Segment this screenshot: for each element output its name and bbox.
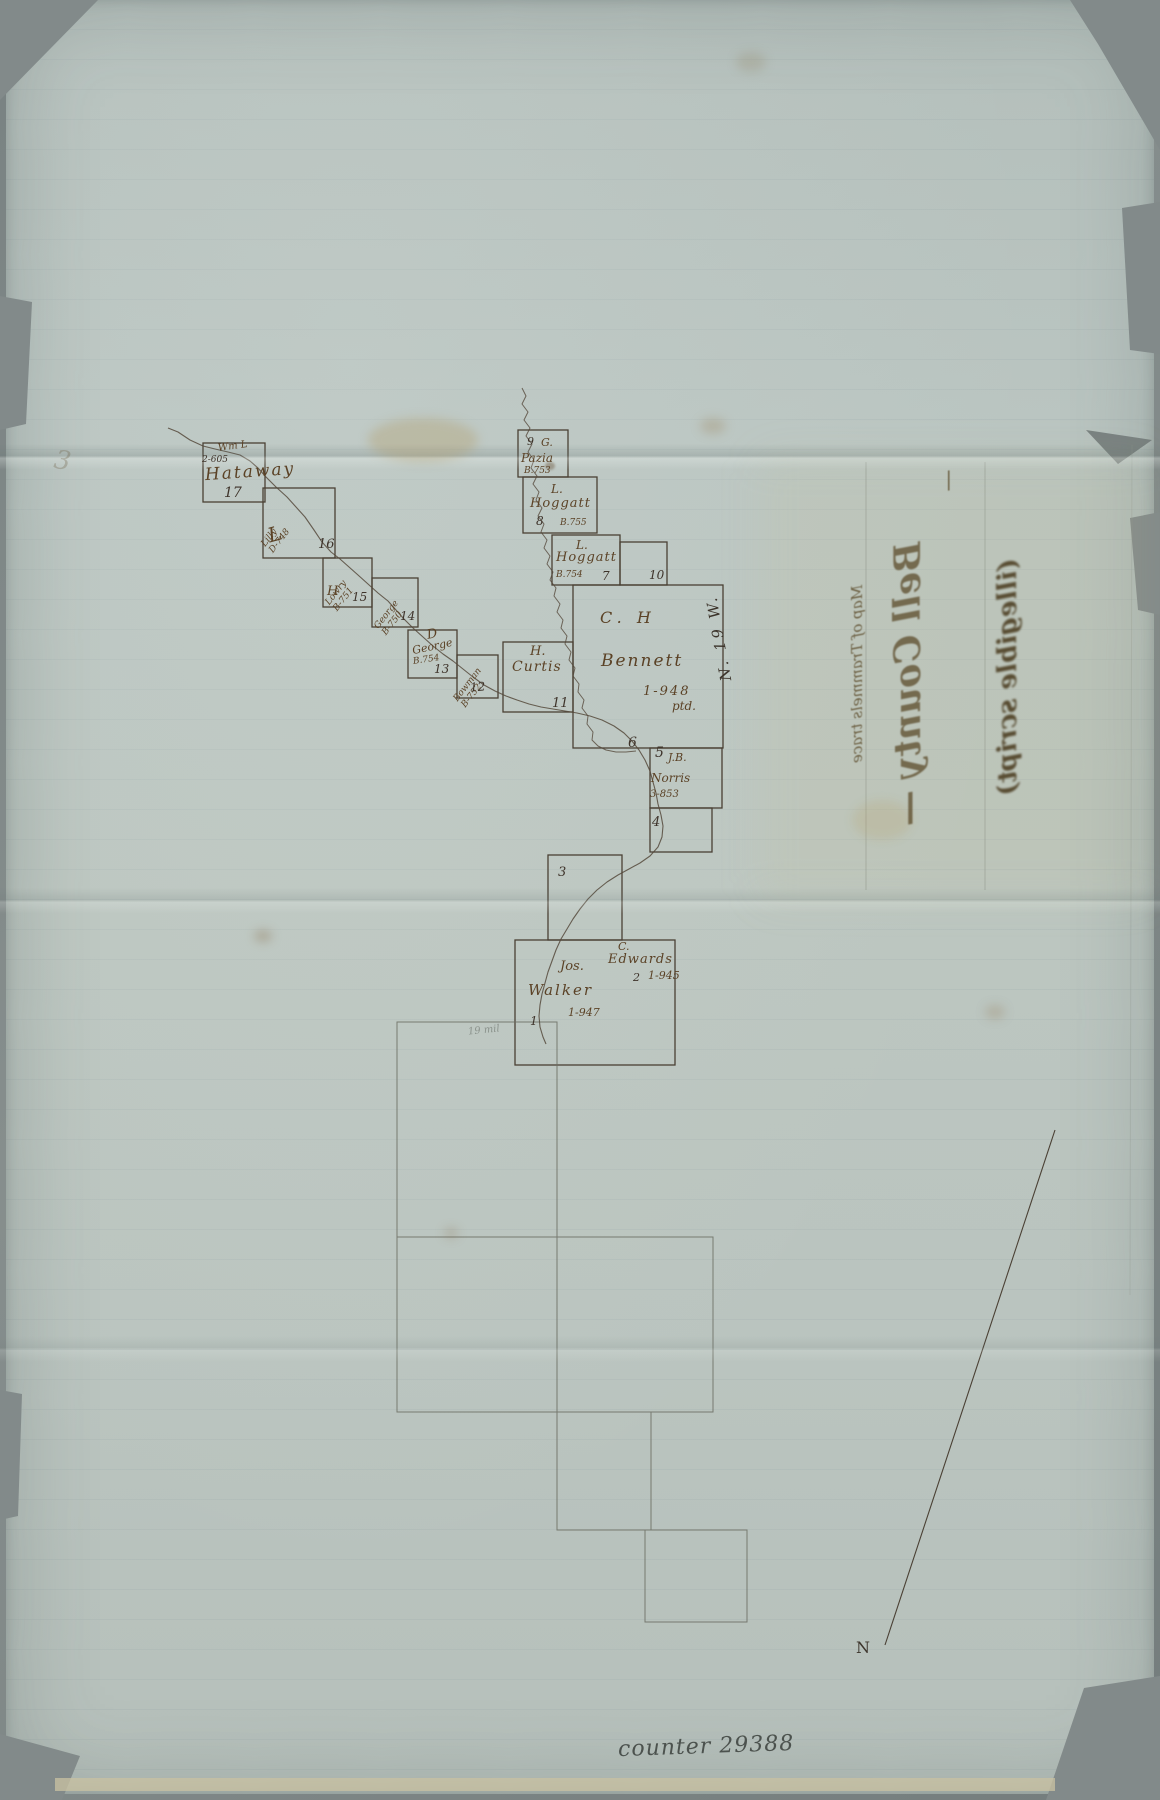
docket-line-small: Map of Trammels trace xyxy=(848,454,866,894)
parcel-curtis-number: 11 xyxy=(552,697,569,710)
docket-dash: — xyxy=(936,461,961,501)
parcel-hoggatt8-file: B.755 xyxy=(560,519,587,528)
parcel-lot4-number: 4 xyxy=(652,816,660,829)
parcel-pazia-number: 9 xyxy=(527,436,534,447)
parcel-curtis-name: Curtis xyxy=(512,660,562,675)
stain-2 xyxy=(700,418,726,434)
parcel-lot10-number: 10 xyxy=(649,569,664,581)
parcel-hoggatt8-first: L. xyxy=(551,483,563,496)
pencil-rect-2 xyxy=(397,1237,713,1412)
parcel-norris-first: J.B. xyxy=(668,752,687,764)
backing-top-right xyxy=(1070,0,1160,150)
parcel-norris-number5: 5 xyxy=(655,746,664,760)
parcel-hoggatt7-number: 7 xyxy=(602,570,610,582)
backing-bottom-right xyxy=(1046,1676,1160,1800)
parcel-norris-number6: 6 xyxy=(628,736,637,750)
parcel-hataway-number: 17 xyxy=(224,486,242,500)
meridian-line xyxy=(885,1130,1055,1645)
parcel-bennett-name: Bennett xyxy=(601,653,683,671)
foxing-1 xyxy=(254,930,272,942)
parcel-edwards-number: 2 xyxy=(633,972,640,983)
parcel-lot3-number: 3 xyxy=(558,866,566,879)
parcel-bennett-file: 1-948 xyxy=(643,685,690,698)
parcel-pazia-name: Pazia xyxy=(521,452,553,465)
parcel-lot15-number: 15 xyxy=(352,591,367,603)
backing-top-left xyxy=(0,0,98,100)
foxing-2 xyxy=(444,1228,458,1238)
north-mark: N xyxy=(856,1640,870,1657)
parcel-lot12-number: 12 xyxy=(470,680,486,693)
parcel-bennett-note: ptd. xyxy=(672,700,696,713)
docket-line-large: Bell County — xyxy=(887,464,929,904)
backing-left-notch-2 xyxy=(0,1390,22,1520)
pencil-rect-1 xyxy=(397,1022,557,1237)
stain-1 xyxy=(368,418,478,462)
parcel-norris-name: Norris xyxy=(651,772,690,785)
parcel-hoggatt7-file: B.754 xyxy=(556,571,583,580)
pencil-rect-4 xyxy=(645,1530,747,1622)
pencil-rect-3 xyxy=(557,1412,651,1530)
parcel-pazia-file: B.753 xyxy=(524,467,551,476)
backing-left-notch-1 xyxy=(0,296,32,430)
scanned-survey-sketch: Wm L 2-605 Hataway 17 L Lilly D-748 16 H… xyxy=(0,0,1160,1800)
bottom-paper-sliver xyxy=(55,1778,1055,1791)
parcel-walker-file: 1-947 xyxy=(568,1007,600,1018)
backing-right-notch-1 xyxy=(1122,202,1160,354)
parcel-edwards-first: C. xyxy=(618,941,630,953)
fold-crease-3 xyxy=(0,1336,1160,1362)
pencil-blocks xyxy=(397,1022,747,1622)
foxing-4 xyxy=(736,52,766,72)
parcel-hoggatt8-number: 8 xyxy=(536,515,544,527)
docket-line-dark: (illegible script) xyxy=(993,457,1023,897)
parcel-lot14-number: 14 xyxy=(400,610,415,622)
parcel-lot13-number: 13 xyxy=(434,663,449,675)
parcel-lot16-number: 16 xyxy=(318,538,335,551)
trace-line xyxy=(168,428,663,1044)
parcel-edwards-name: Edwards xyxy=(608,953,673,967)
parcel-walker-number: 1 xyxy=(530,1015,538,1027)
parcel-pazia-first: G. xyxy=(541,437,553,449)
foxing-3 xyxy=(985,1005,1005,1019)
parcel-hoggatt8-name: Hoggatt xyxy=(530,497,591,511)
parcel-edwards-file: 1-945 xyxy=(648,970,680,981)
parcel-walker-first: Jos. xyxy=(560,960,584,974)
parcel-walker-name: Walker xyxy=(528,983,593,999)
parcel-bennett-first: C. H xyxy=(600,610,656,627)
parcel-curtis-first: H. xyxy=(530,645,545,659)
parcel-norris-file: 3-853 xyxy=(650,790,679,800)
warm-panel-tint xyxy=(760,458,1150,898)
parcel-hoggatt7-name: Hoggatt xyxy=(556,551,617,565)
